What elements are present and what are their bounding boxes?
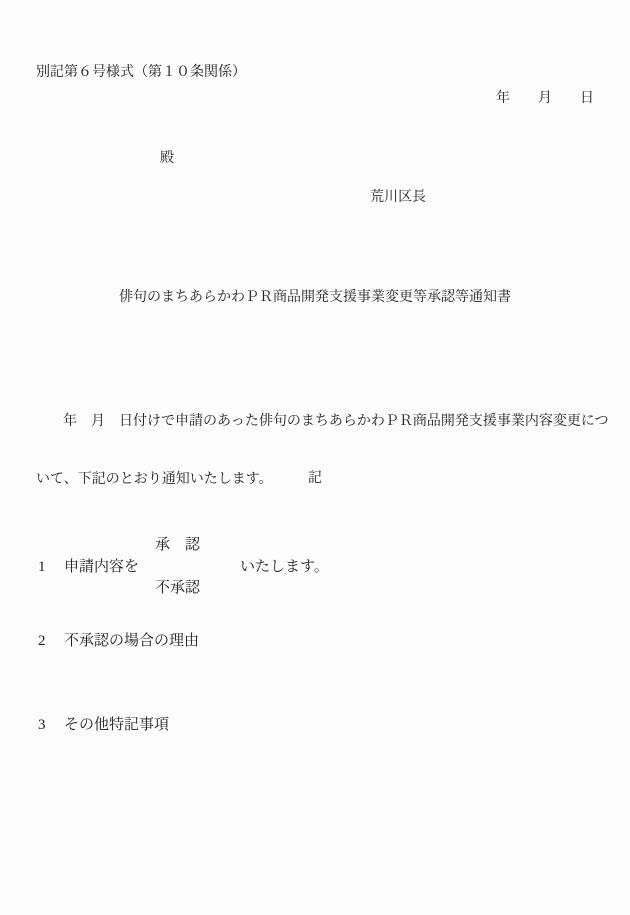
body-paragraph: 年 月 日付けで申請のあった俳句のまちあらかわＰＲ商品開発支援事業内容変更につ … (36, 375, 596, 526)
addressee-honorific: 殿 (160, 150, 174, 168)
item3-number: 3 (38, 716, 46, 735)
body-paragraph-line1: 年 月 日付けで申請のあった俳句のまちあらかわＰＲ商品開発支援事業内容変更につ (36, 410, 596, 433)
item2-label: 不承認の場合の理由 (64, 632, 199, 651)
date-blank-line: 年 月 日 (496, 90, 594, 108)
form-reference-label: 別記第６号様式（第１０条関係） (36, 64, 246, 82)
record-heading: 記 (0, 470, 630, 488)
document-title: 俳句のまちあらかわＰＲ商品開発支援事業変更等承認等通知書 (0, 289, 630, 307)
item2-number: 2 (38, 632, 46, 651)
item1-tail-text: いたします。 (240, 558, 329, 577)
item1-lead-text: 申請内容を (64, 558, 139, 577)
item1-approve-option: 承 認 (155, 536, 200, 555)
item1-disapprove-option: 不承認 (155, 579, 200, 598)
sender-title: 荒川区長 (370, 189, 426, 207)
document-page: 別記第６号様式（第１０条関係） 年 月 日 殿 荒川区長 俳句のまちあらかわＰＲ… (0, 0, 630, 915)
item3-label: その他特記事項 (64, 716, 169, 735)
item1-number: 1 (38, 558, 46, 577)
